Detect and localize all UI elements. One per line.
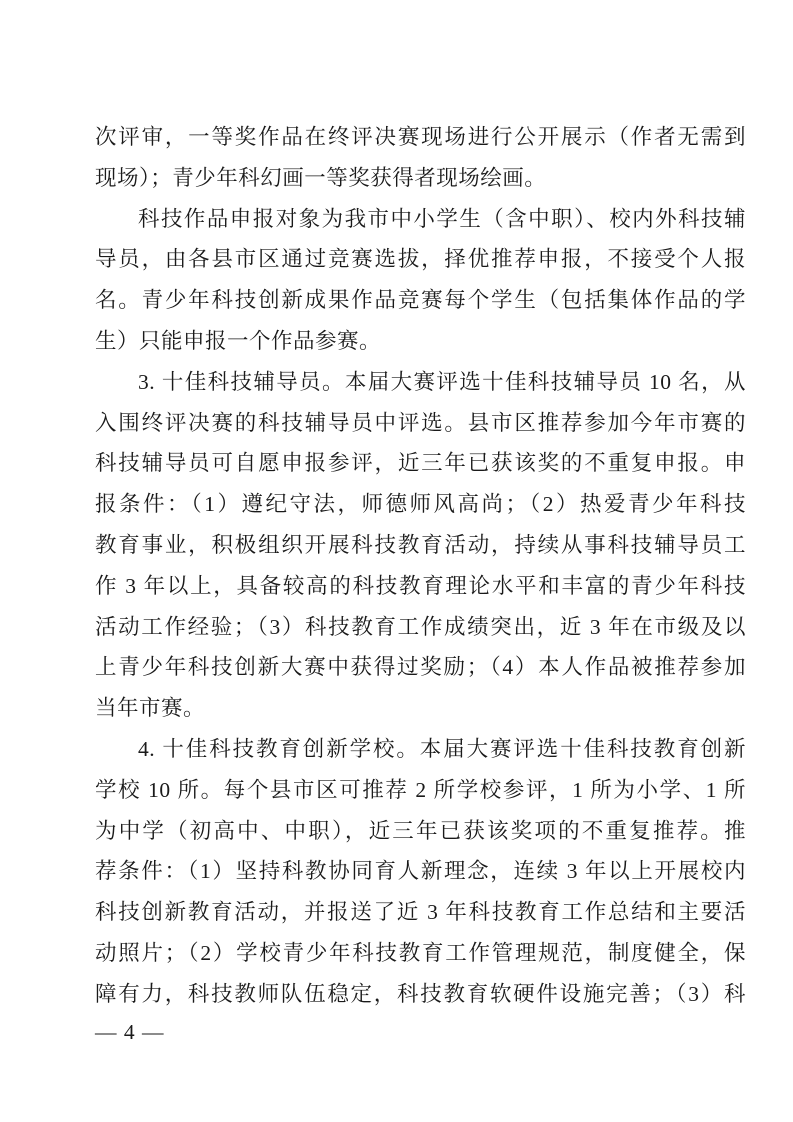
text-line: 荐条件：（1）坚持科教协同育人新理念，连续 3 年以上开展校内 bbox=[95, 851, 746, 892]
text-line: 现场）；青少年科幻画一等奖获得者现场绘画。 bbox=[95, 158, 746, 199]
text-line: 4. 十佳科技教育创新学校。本届大赛评选十佳科技教育创新 bbox=[95, 729, 746, 770]
text-line: 学校 10 所。每个县市区可推荐 2 所学校参评，1 所为小学、1 所 bbox=[95, 770, 746, 811]
text-line: 生）只能申报一个作品参赛。 bbox=[95, 321, 746, 362]
text-line: 上青少年科技创新大赛中获得过奖励；（4）本人作品被推荐参加 bbox=[95, 647, 746, 688]
text-line: 科技创新教育活动，并报送了近 3 年科技教育工作总结和主要活 bbox=[95, 892, 746, 933]
text-line: 入围终评决赛的科技辅导员中评选。县市区推荐参加今年市赛的 bbox=[95, 403, 746, 444]
text-line: 名。青少年科技创新成果作品竞赛每个学生（包括集体作品的学 bbox=[95, 280, 746, 321]
text-line: 为中学（初高中、中职），近三年已获该奖项的不重复推荐。推 bbox=[95, 811, 746, 852]
document-page: 次评审，一等奖作品在终评决赛现场进行公开展示（作者无需到现场）；青少年科幻画一等… bbox=[0, 0, 793, 1122]
text-line: 报条件：（1）遵纪守法，师德师风高尚；（2）热爱青少年科技 bbox=[95, 484, 746, 525]
text-line: 次评审，一等奖作品在终评决赛现场进行公开展示（作者无需到 bbox=[95, 117, 746, 158]
document-body: 次评审，一等奖作品在终评决赛现场进行公开展示（作者无需到现场）；青少年科幻画一等… bbox=[95, 117, 746, 1015]
text-line: 导员，由各县市区通过竞赛选拔，择优推荐申报，不接受个人报 bbox=[95, 239, 746, 280]
text-line: 活动工作经验；（3）科技教育工作成绩突出，近 3 年在市级及以 bbox=[95, 607, 746, 648]
page-number: — 4 — bbox=[95, 1012, 165, 1052]
text-line: 科技作品申报对象为我市中小学生（含中职）、校内外科技辅 bbox=[95, 199, 746, 240]
text-line: 3. 十佳科技辅导员。本届大赛评选十佳科技辅导员 10 名，从 bbox=[95, 362, 746, 403]
text-line: 作 3 年以上，具备较高的科技教育理论水平和丰富的青少年科技 bbox=[95, 566, 746, 607]
text-line: 教育事业，积极组织开展科技教育活动，持续从事科技辅导员工 bbox=[95, 525, 746, 566]
text-line: 障有力，科技教师队伍稳定，科技教育软硬件设施完善；（3）科 bbox=[95, 974, 746, 1015]
text-line: 动照片；（2）学校青少年科技教育工作管理规范，制度健全，保 bbox=[95, 933, 746, 974]
text-line: 当年市赛。 bbox=[95, 688, 746, 729]
text-line: 科技辅导员可自愿申报参评，近三年已获该奖的不重复申报。申 bbox=[95, 443, 746, 484]
